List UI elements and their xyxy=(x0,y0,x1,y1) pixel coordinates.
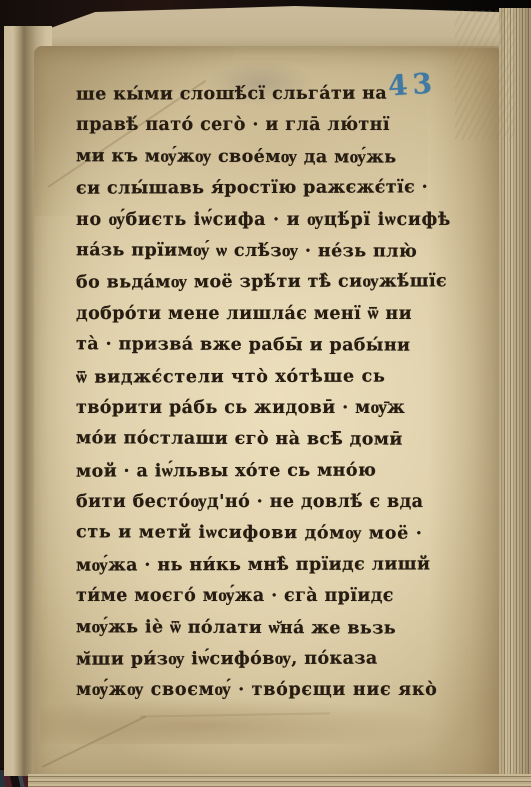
manuscript-line: но ѹ́биєть іѡ́сифа · и ѹцѣ́рї іѡсифѣ xyxy=(76,205,436,236)
manuscript-line: мой · а іѡ́львы хо́те сь мно́ю xyxy=(76,455,436,488)
manuscript-line: бити бесто́ѹд'но́ · не довлѣ́ є вда xyxy=(76,487,436,518)
page-shading-right xyxy=(428,48,506,776)
page-stack-bottom-edge xyxy=(28,774,531,787)
manuscript-photo: 43 ше кы́ми слошѣ́сї сльга́ти направѣ́ п… xyxy=(0,0,531,787)
manuscript-line: ти́ме моєго́ мѹ́жа · єга̀ прїидє xyxy=(76,581,436,612)
manuscript-line: мѹ́жь іè ѿ по́лати ѡ̆на́ же вьзь xyxy=(76,612,436,645)
manuscript-line: мо́и по́стлаши єго̀ на̀ всѣ̄ домӣ xyxy=(76,424,436,457)
manuscript-line: правѣ́ пато́ сего̀ · и гла̄ лю́тнї xyxy=(76,110,436,141)
manuscript-line: ше кы́ми слошѣ́сї сльга́ти на xyxy=(76,78,436,111)
manuscript-line: ѿ виджє́стели что̀ хо́тѣше сь xyxy=(76,361,436,394)
manuscript-line: тво́рити ра́бь сь жидовӣ · мѹ̄ж xyxy=(76,393,436,424)
manuscript-line: на́зь прїимѹ́ ѡ слѣ́зѹ · не́зь плю̀ xyxy=(76,235,436,268)
manuscript-line: мѹ́жѹ своємѹ́ · тво́рєщи ниє яко̀ xyxy=(76,675,436,706)
manuscript-line: добро́ти мене лишла́є менї ѿ ни xyxy=(76,299,436,330)
manuscript-line: єи слы́шавь я́ростїю ражєжє́тїє · xyxy=(76,173,436,206)
manuscript-line: сть и метй іѡсифови до́мѹ моё · xyxy=(76,518,436,551)
fore-edge-corner-lines xyxy=(455,10,515,140)
manuscript-line: м̆ши ри́зѹ іѡ́сифо́вѹ, по́каза xyxy=(76,643,436,676)
manuscript-line: мѹ́жа · нь ни́кь мнѣ̀ прїидє лишй xyxy=(76,549,436,582)
manuscript-line: бо вьда́мѹ моё зрѣ́ти тѣ̀ сиѹжѣ́шїє xyxy=(76,267,436,300)
manuscript-text-block: ше кы́ми слошѣ́сї сльга́ти направѣ́ пато… xyxy=(76,79,436,707)
manuscript-line: та̀ · призва́ вже рабы̄ и рабы́ни xyxy=(76,329,436,362)
manuscript-line: ми къ мѹ́жѹ свое́мѹ да мѹ́жь xyxy=(76,141,436,174)
